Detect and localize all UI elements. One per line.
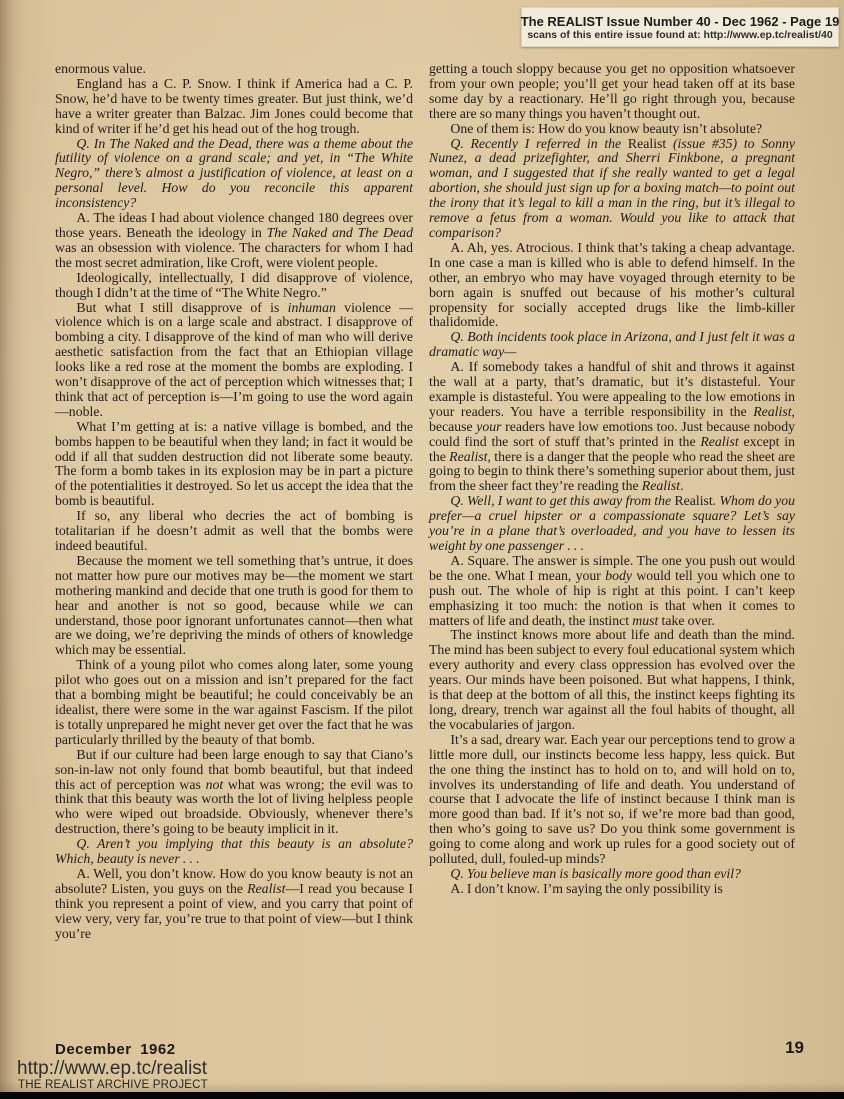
question-paragraph: Q. Recently I referred in the Realist (i… (429, 137, 795, 241)
body-paragraph: If so, any liberal who decries the act o… (55, 509, 413, 554)
archive-project-label: THE REALIST ARCHIVE PROJECT (18, 1079, 208, 1091)
scan-info-title: The REALIST Issue Number 40 - Dec 1962 -… (521, 14, 840, 29)
issue-date: December 1962 (55, 1041, 176, 1058)
body-paragraph: Think of a young pilot who comes along l… (55, 658, 413, 747)
body-paragraph: One of them is: How do you know beauty i… (429, 122, 795, 137)
body-paragraph: A. Well, you don’t know. How do you know… (55, 867, 413, 942)
body-paragraph: A. If somebody takes a handful of shit a… (429, 360, 795, 494)
body-paragraph: What I’m getting at is: a native village… (55, 420, 413, 509)
body-paragraph: A. Square. The answer is simple. The one… (429, 554, 795, 629)
body-paragraph: Because the moment we tell something tha… (55, 554, 413, 658)
page-number: 19 (785, 1038, 804, 1058)
body-paragraph: A. The ideas I had about violence change… (55, 211, 413, 271)
body-paragraph: A. Ah, yes. Atrocious. I think that’s ta… (429, 241, 795, 330)
question-paragraph: Q. Aren’t you implying that this beauty … (55, 837, 413, 867)
body-paragraph: Ideologically, intellectually, I did dis… (55, 271, 413, 301)
question-paragraph: Q. Both incidents took place in Arizona,… (429, 330, 795, 360)
question-paragraph: Q. In The Naked and the Dead, there was … (55, 137, 413, 212)
question-paragraph: Q. You believe man is basically more goo… (429, 867, 795, 882)
body-paragraph: But if our culture had been large enough… (55, 748, 413, 837)
left-text-column: enormous value.England has a C. P. Snow.… (55, 62, 413, 941)
scan-bottom-bar (0, 1092, 844, 1099)
body-paragraph: A. I don’t know. I’m saying the only pos… (429, 882, 795, 897)
body-paragraph: The instinct knows more about life and d… (429, 628, 795, 732)
question-paragraph: Q. Well, I want to get this away from th… (429, 494, 795, 554)
body-paragraph: It’s a sad, dreary war. Each year our pe… (429, 733, 795, 867)
body-paragraph: getting a touch sloppy because you get n… (429, 62, 795, 122)
scan-info-subtitle: scans of this entire issue found at: htt… (527, 29, 832, 41)
magazine-page-scan: The REALIST Issue Number 40 - Dec 1962 -… (0, 0, 844, 1099)
body-paragraph: But what I still disapprove of is inhuma… (55, 301, 413, 420)
right-text-column: getting a touch sloppy because you get n… (429, 62, 795, 897)
body-paragraph: enormous value. (55, 62, 413, 77)
archive-url: http://www.ep.tc/realist (17, 1059, 207, 1079)
scan-info-label: The REALIST Issue Number 40 - Dec 1962 -… (521, 7, 839, 47)
body-paragraph: England has a C. P. Snow. I think if Ame… (55, 77, 413, 137)
